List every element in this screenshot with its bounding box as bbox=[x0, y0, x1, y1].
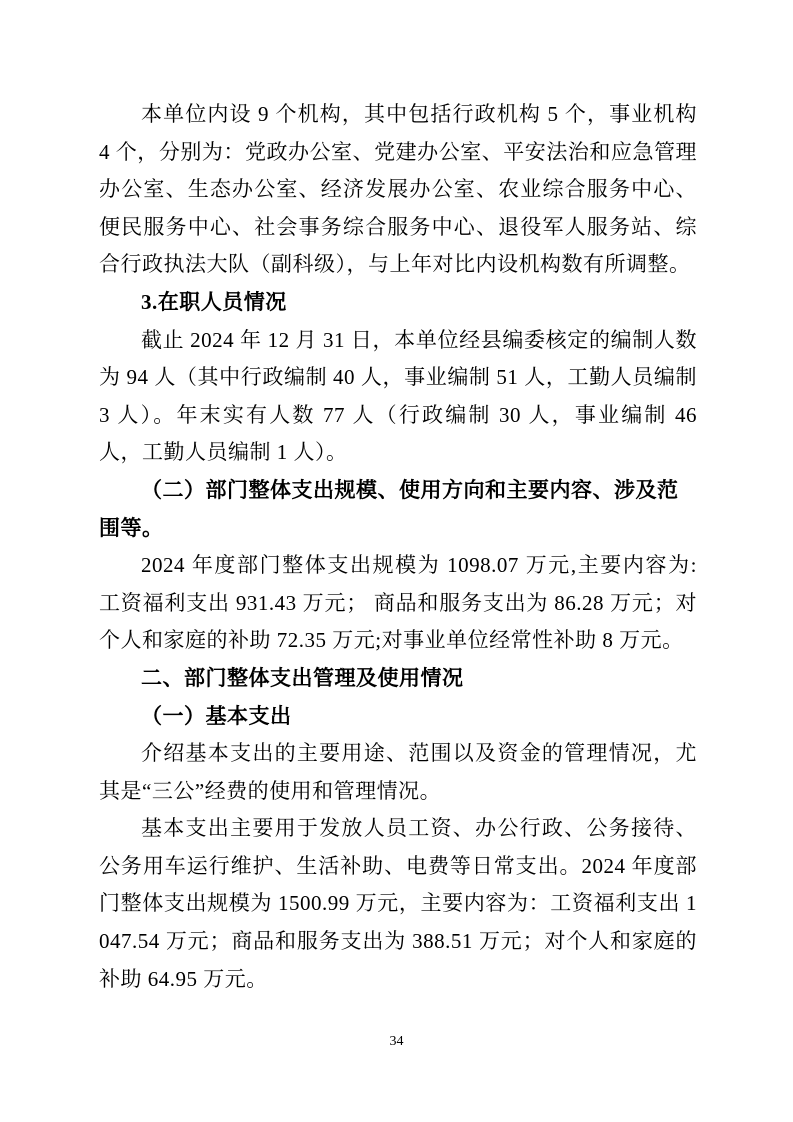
document-body: 本单位内设 9 个机构，其中包括行政机构 5 个，事业机构 4 个，分别为：党政… bbox=[99, 96, 697, 998]
paragraph-staffing-numbers: 截止 2024 年 12 月 31 日，本单位经县编委核定的编制人数为 94 人… bbox=[99, 322, 697, 472]
heading-section-two-management: 二、部门整体支出管理及使用情况 bbox=[99, 660, 697, 698]
paragraph-basic-expenditure-detail: 基本支出主要用于发放人员工资、办公行政、公务接待、公务用车运行维护、生活补助、电… bbox=[99, 810, 697, 998]
paragraph-internal-organs: 本单位内设 9 个机构，其中包括行政机构 5 个，事业机构 4 个，分别为：党政… bbox=[99, 96, 697, 284]
heading-overall-expenditure-scope: （二）部门整体支出规模、使用方向和主要内容、涉及范围等。 bbox=[99, 472, 697, 547]
heading-basic-expenditure: （一）基本支出 bbox=[99, 698, 697, 736]
document-page: 本单位内设 9 个机构，其中包括行政机构 5 个，事业机构 4 个，分别为：党政… bbox=[0, 0, 793, 1122]
page-number: 34 bbox=[0, 1032, 793, 1052]
paragraph-basic-expenditure-intro: 介绍基本支出的主要用途、范围以及资金的管理情况，尤其是“三公”经费的使用和管理情… bbox=[99, 735, 697, 810]
heading-staff-status: 3.在职人员情况 bbox=[99, 284, 697, 322]
paragraph-expenditure-scale-2024: 2024 年度部门整体支出规模为 1098.07 万元,主要内容为: 工资福利支… bbox=[99, 547, 697, 660]
